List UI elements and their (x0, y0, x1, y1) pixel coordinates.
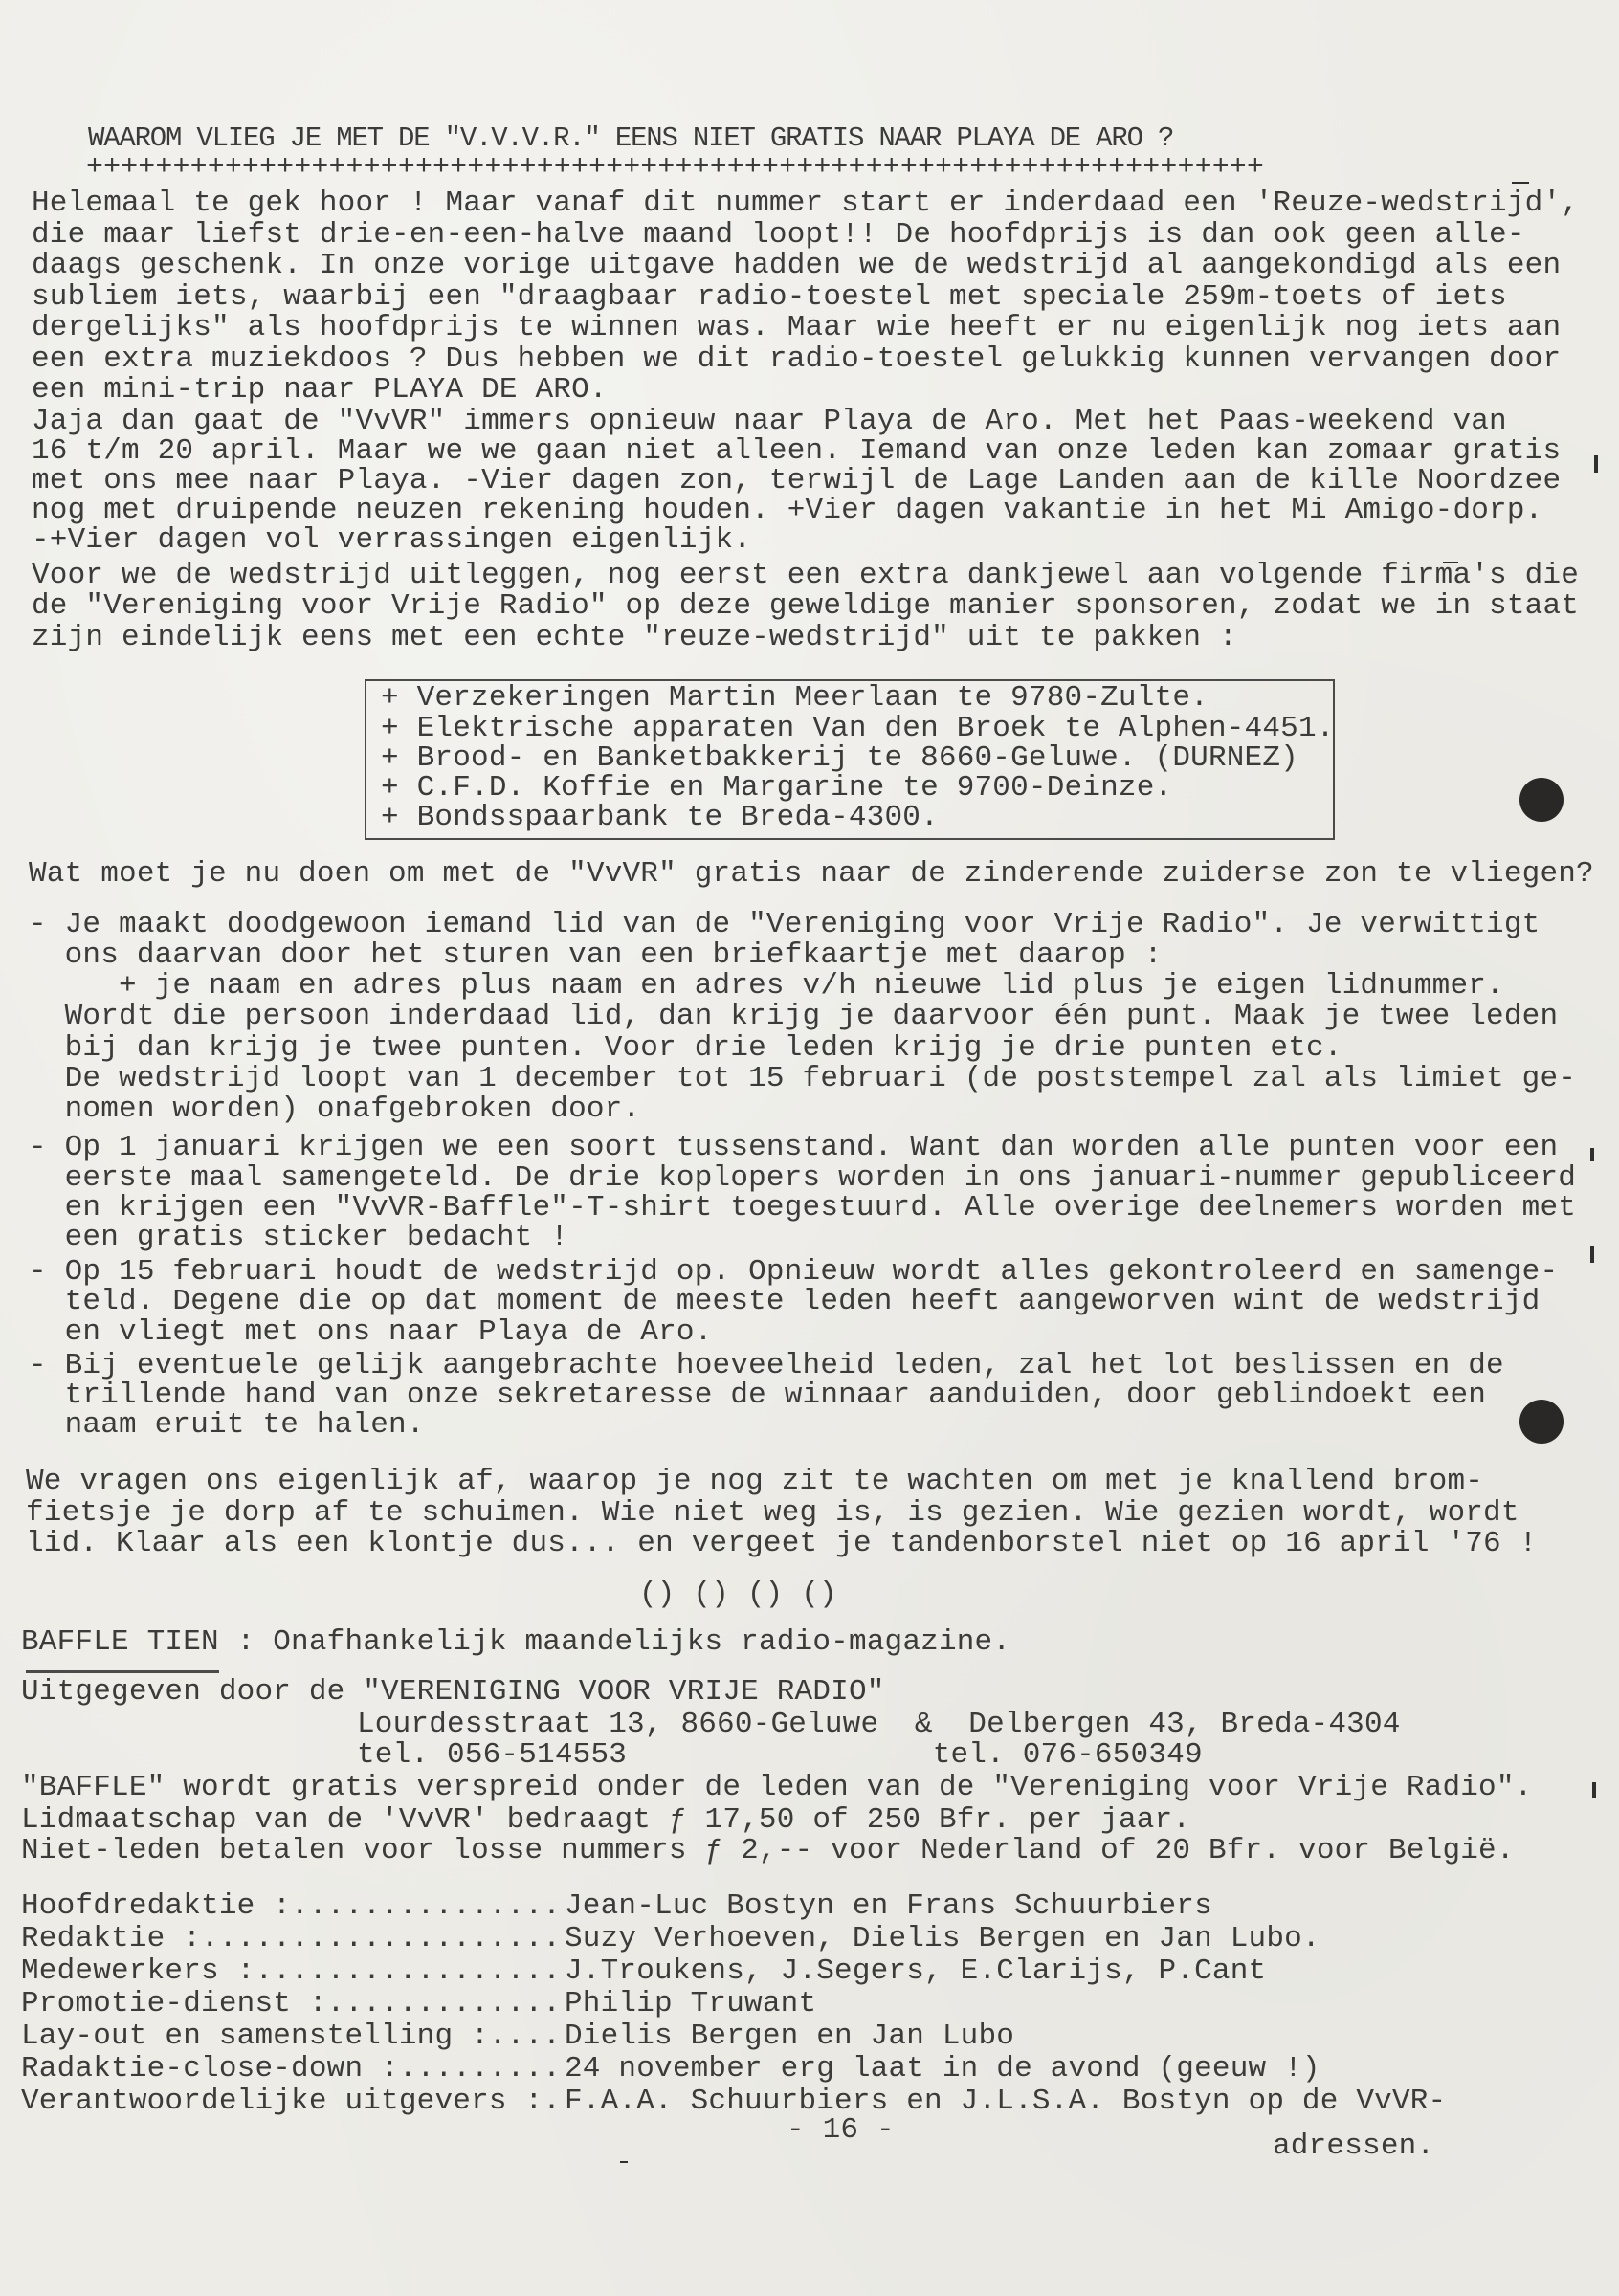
margin-mark (1512, 182, 1529, 184)
sponsor-item: + C.F.D. Koffie en Margarine te 9700-Dei… (381, 772, 1172, 805)
sponsor-item: + Verzekeringen Martin Meerlaan te 9780-… (381, 682, 1209, 715)
rule-line: nomen worden) onafgebroken door. (29, 1093, 640, 1126)
text-line: 16 t/m 20 april. Maar we we gaan niet al… (32, 435, 1561, 468)
rule-line: trillende hand van onze sekretaresse de … (29, 1380, 1486, 1412)
credit-label: Verantwoordelijke uitgevers :. (21, 2086, 561, 2118)
page-number: - 16 - (787, 2114, 895, 2147)
article-title: WAAROM VLIEG JE MET DE "V.V.V.R." EENS N… (88, 122, 1173, 155)
address-line: Lourdesstraat 13, 8660-Geluwe & Delberge… (357, 1709, 1401, 1741)
rule-line: een gratis sticker bedacht ! (29, 1222, 568, 1254)
rule-line: naam eruit te halen. (29, 1409, 425, 1442)
margin-mark (1443, 562, 1458, 563)
rule-line: bij dan krijg je twee punten. Voor drie … (29, 1032, 1342, 1065)
credit-value: Philip Truwant (565, 1988, 816, 2020)
credit-label: Redaktie :.................... (21, 1923, 561, 1955)
title-separator: ++++++++++++++++++++++++++++++++++++++++… (86, 151, 1264, 184)
text-line: fietsje je dorp af te schuimen. Wie niet… (26, 1497, 1519, 1530)
rule-line: eerste maal samengeteld. De drie koplope… (29, 1162, 1576, 1195)
text-line: een extra muziekdoos ? Dus hebben we dit… (32, 343, 1561, 376)
text-line: daags geschenk. In onze vorige uitgave h… (32, 250, 1561, 282)
credit-value: 24 november erg laat in de avond (geeuw … (565, 2053, 1320, 2086)
text-line: die maar liefst drie-en-een-halve maand … (32, 219, 1525, 252)
credit-value: Jean-Luc Bostyn en Frans Schuurbiers (565, 1890, 1212, 1923)
punch-hole (1519, 778, 1564, 822)
text-line: subliem iets, waarbij een "draagbaar rad… (32, 281, 1507, 314)
text-line: Voor we de wedstrijd uitleggen, nog eers… (32, 560, 1579, 592)
rule-line: + je naam en adres plus naam en adres v/… (29, 970, 1504, 1003)
text-line: met ons mee naar Playa. -Vier dagen zon,… (32, 465, 1561, 497)
text-line: -+Vier dagen vol verrassingen eigenlijk. (32, 524, 751, 557)
text-line: lid. Klaar als een klontje dus... en ver… (26, 1528, 1537, 1560)
margin-mark (1590, 1246, 1594, 1263)
credit-value: F.A.A. Schuurbiers en J.L.S.A. Bostyn op… (565, 2086, 1446, 2118)
margin-mark (1594, 455, 1598, 473)
text-line: zijn eindelijk eens met een echte "reuze… (32, 622, 1237, 654)
credit-label: Hoofdredaktie :............... (21, 1890, 561, 1923)
rule-line: - Op 15 februari houdt de wedstrijd op. … (29, 1256, 1558, 1289)
publisher-line: Uitgegeven door de "VERENIGING VOOR VRIJ… (21, 1676, 885, 1709)
rule-line: teld. Degene die op dat moment de meeste… (29, 1286, 1540, 1318)
rule-line: - Op 1 januari krijgen we een soort tuss… (29, 1132, 1558, 1164)
text-line: een mini-trip naar PLAYA DE ARO. (32, 374, 608, 407)
sponsor-item: + Brood- en Banketbakkerij te 8660-Geluw… (381, 742, 1298, 775)
info-line: "BAFFLE" wordt gratis verspreid onder de… (21, 1772, 1532, 1804)
info-line: Niet-leden betalen voor losse nummers ƒ … (21, 1835, 1515, 1867)
text-line: Jaja dan gaat de "VvVR" immers opnieuw n… (32, 406, 1507, 438)
credit-label: Medewerkers :................. (21, 1955, 561, 1988)
credit-continuation: adressen. (1273, 2130, 1434, 2163)
credit-label: Lay-out en samenstelling :.... (21, 2020, 561, 2053)
info-line: Lidmaatschap van de 'VvVR' bedraagt ƒ 17… (21, 1804, 1190, 1837)
typewritten-page: WAAROM VLIEG JE MET DE "V.V.V.R." EENS N… (0, 0, 1619, 2296)
masthead-underline (26, 1670, 219, 1673)
credit-value: Suzy Verhoeven, Dielis Bergen en Jan Lub… (565, 1923, 1320, 1955)
text-line: Helemaal te gek hoor ! Maar vanaf dit nu… (32, 188, 1579, 220)
rule-line: en vliegt met ons naar Playa de Aro. (29, 1316, 713, 1349)
credit-value: J.Troukens, J.Segers, E.Clarijs, P.Cant (565, 1955, 1266, 1988)
text-line: We vragen ons eigenlijk af, waarop je no… (26, 1466, 1483, 1498)
margin-mark (1592, 1782, 1596, 1798)
text-line: nog met druipende neuzen rekening houden… (32, 495, 1542, 527)
punch-hole (1519, 1400, 1564, 1444)
sponsor-item: + Bondsspaarbank te Breda-4300. (381, 802, 939, 834)
magazine-masthead: BAFFLE TIEN : Onafhankelijk maandelijks … (21, 1626, 1010, 1659)
rule-line: Wordt die persoon inderdaad lid, dan kri… (29, 1001, 1558, 1033)
text-line: de "Vereniging voor Vrije Radio" op deze… (32, 590, 1579, 623)
phone-line: tel. 056-514553 tel. 076-650349 (357, 1739, 1203, 1772)
text-line: dergelijks" als hoofdprijs te winnen was… (32, 312, 1561, 344)
sponsor-item: + Elektrische apparaten Van den Broek te… (381, 713, 1335, 745)
section-divider: () () () () (639, 1578, 837, 1611)
margin-mark (1590, 1148, 1594, 1161)
credit-label: Radaktie-close-down :......... (21, 2053, 561, 2086)
rule-line: ons daarvan door het sturen van een brie… (29, 939, 1163, 972)
contest-question: Wat moet je nu doen om met de "VvVR" gra… (29, 858, 1594, 891)
credit-value: Dielis Bergen en Jan Lubo (565, 2020, 1014, 2053)
credit-label: Promotie-dienst :............. (21, 1988, 561, 2020)
rule-line: - Bij eventuele gelijk aangebrachte hoev… (29, 1350, 1504, 1382)
rule-line: en krijgen een "VvVR-Baffle"-T-shirt toe… (29, 1192, 1576, 1225)
margin-mark (620, 2161, 628, 2163)
rule-line: De wedstrijd loopt van 1 december tot 15… (29, 1063, 1576, 1095)
rule-line: - Je maakt doodgewoon iemand lid van de … (29, 909, 1540, 941)
